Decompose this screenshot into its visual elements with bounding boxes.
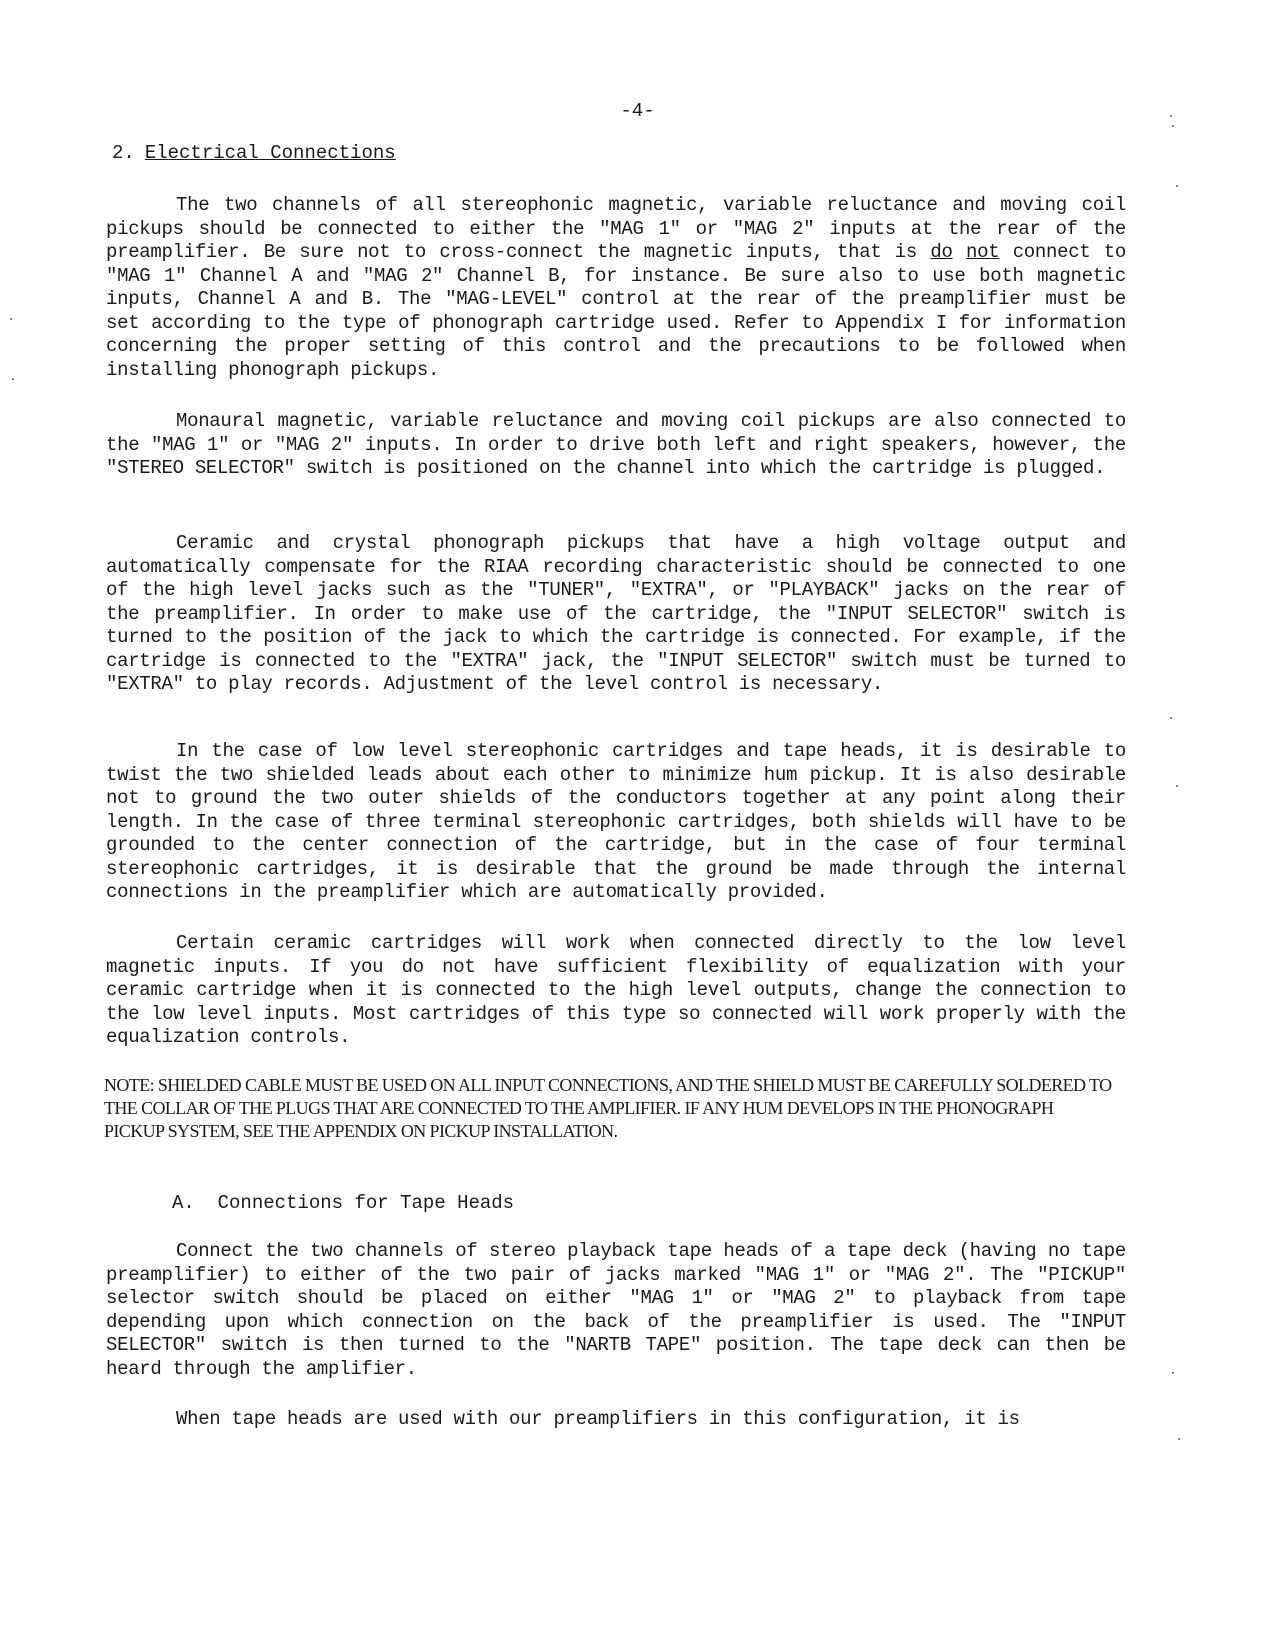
- paragraph-low-level-cartridges: In the case of low level stereophonic ca…: [106, 740, 1126, 905]
- scan-speck: [1172, 125, 1174, 127]
- paragraph-tape-config: When tape heads are used with our preamp…: [106, 1408, 1126, 1432]
- section-number: 2.: [112, 142, 135, 164]
- scan-speck: [10, 318, 12, 320]
- emphasis-not: not: [966, 241, 999, 263]
- subsection-title: Connections for Tape Heads: [218, 1192, 514, 1214]
- paragraph-monaural-pickups: Monaural magnetic, variable reluctance a…: [106, 410, 1126, 481]
- subsection-letter: A.: [172, 1192, 195, 1214]
- scan-speck: [1172, 1372, 1174, 1374]
- scan-speck: [1176, 785, 1178, 787]
- paragraph-tape-heads: Connect the two channels of stereo playb…: [106, 1240, 1126, 1381]
- scan-speck: [12, 378, 14, 380]
- paragraph-ceramic-low-level: Certain ceramic cartridges will work whe…: [106, 932, 1126, 1050]
- page-number: -4-: [0, 100, 1275, 122]
- scan-speck: [1170, 115, 1172, 117]
- scan-speck: [1178, 1438, 1180, 1440]
- note-shielded-cable: NOTE: SHIELDED CABLE MUST BE USED ON ALL…: [104, 1074, 1114, 1143]
- subsection-heading: A. Connections for Tape Heads: [172, 1192, 514, 1214]
- section-heading: 2.Electrical Connections: [112, 142, 396, 164]
- scan-speck: [1170, 717, 1172, 719]
- emphasis-do: do: [930, 241, 952, 263]
- paragraph-ceramic-crystal: Ceramic and crystal phonograph pickups t…: [106, 532, 1126, 697]
- paragraph-stereo-pickups: The two channels of all stereophonic mag…: [106, 194, 1126, 382]
- document-page: -4- 2.Electrical Connections The two cha…: [0, 0, 1275, 1650]
- scan-speck: [1176, 185, 1178, 187]
- section-title: Electrical Connections: [145, 142, 396, 164]
